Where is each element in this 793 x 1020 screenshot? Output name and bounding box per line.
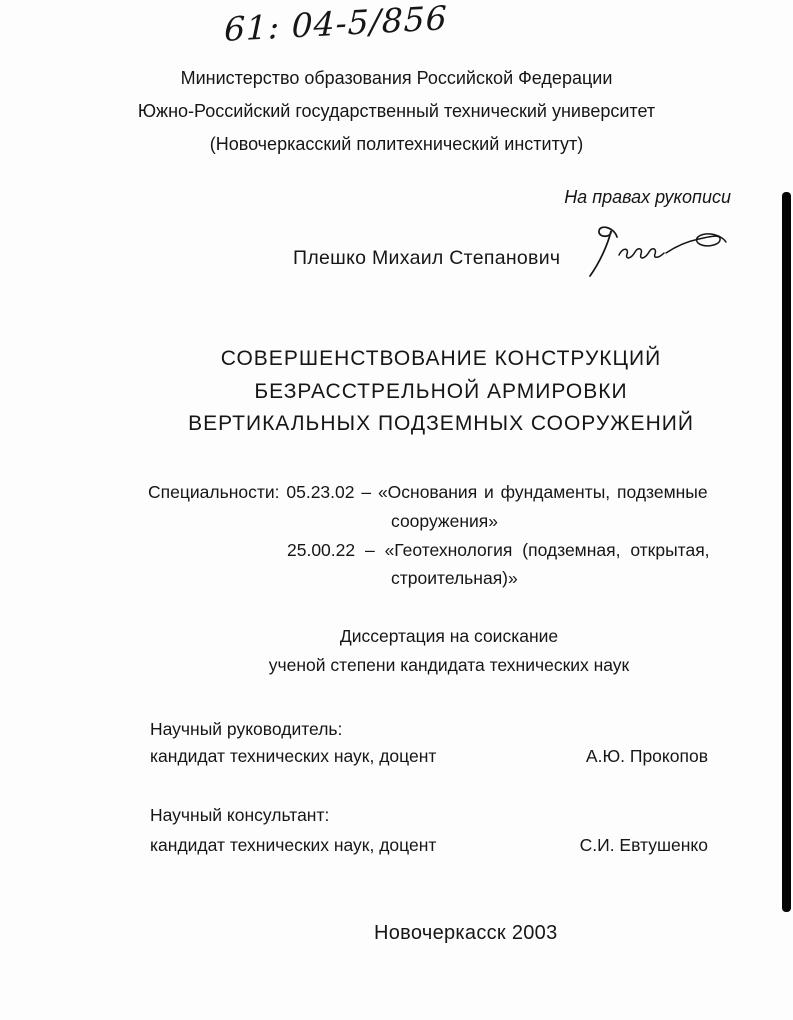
city-year: Новочеркасск 2003 bbox=[374, 922, 558, 945]
header-block: Министерство образования Российской Феде… bbox=[0, 62, 793, 161]
author-name: Плешко Михаил Степанович bbox=[293, 247, 560, 270]
dissertation-title-page: 61: 04-5/856 Министерство образования Ро… bbox=[0, 0, 793, 1020]
dissertation-title: СОВЕРШЕНСТВОВАНИЕ КОНСТРУКЦИЙ БЕЗРАССТРЕ… bbox=[90, 343, 792, 441]
consultant-row: кандидат технических наук, доцент С.И. Е… bbox=[150, 835, 708, 856]
scan-gutter-bar bbox=[782, 192, 791, 912]
specialty-line-1: Специальности: 05.23.02 – «Основания и ф… bbox=[0, 478, 793, 507]
specialty-line-4: строительная)» bbox=[0, 564, 793, 593]
inventory-number: 61: 04-5/856 bbox=[224, 0, 448, 49]
consultant-degree: кандидат технических наук, доцент bbox=[150, 835, 436, 856]
title-line-2: БЕЗРАССТРЕЛЬНОЙ АРМИРОВКИ bbox=[90, 376, 792, 409]
specialty-line-3: 25.00.22 – «Геотехнология (подземная, от… bbox=[0, 536, 793, 565]
specialties-block: Специальности: 05.23.02 – «Основания и ф… bbox=[0, 478, 793, 593]
degree-line-1: Диссертация на соискание bbox=[98, 622, 793, 651]
supervisor-degree: кандидат технических наук, доцент bbox=[150, 746, 436, 767]
degree-line-2: ученой степени кандидата технических нау… bbox=[98, 651, 793, 680]
signature-image bbox=[581, 222, 727, 280]
degree-statement: Диссертация на соискание ученой степени … bbox=[98, 622, 793, 680]
supervisor-role: Научный руководитель: bbox=[150, 719, 342, 740]
title-line-1: СОВЕРШЕНСТВОВАНИЕ КОНСТРУКЦИЙ bbox=[90, 343, 792, 376]
university-line: Южно-Российский государственный техничес… bbox=[0, 95, 793, 128]
manuscript-note: На правах рукописи bbox=[0, 187, 731, 208]
consultant-name: С.И. Евтушенко bbox=[580, 835, 708, 856]
title-line-3: ВЕРТИКАЛЬНЫХ ПОДЗЕМНЫХ СООРУЖЕНИЙ bbox=[90, 408, 792, 441]
supervisor-name: А.Ю. Прокопов bbox=[586, 746, 708, 767]
consultant-role: Научный консультант: bbox=[150, 805, 329, 826]
specialty-line-2: сооружения» bbox=[0, 507, 793, 536]
ministry-line: Министерство образования Российской Феде… bbox=[0, 62, 793, 95]
supervisor-row: кандидат технических наук, доцент А.Ю. П… bbox=[150, 746, 708, 767]
institute-line: (Новочеркасский политехнический институт… bbox=[0, 128, 793, 161]
